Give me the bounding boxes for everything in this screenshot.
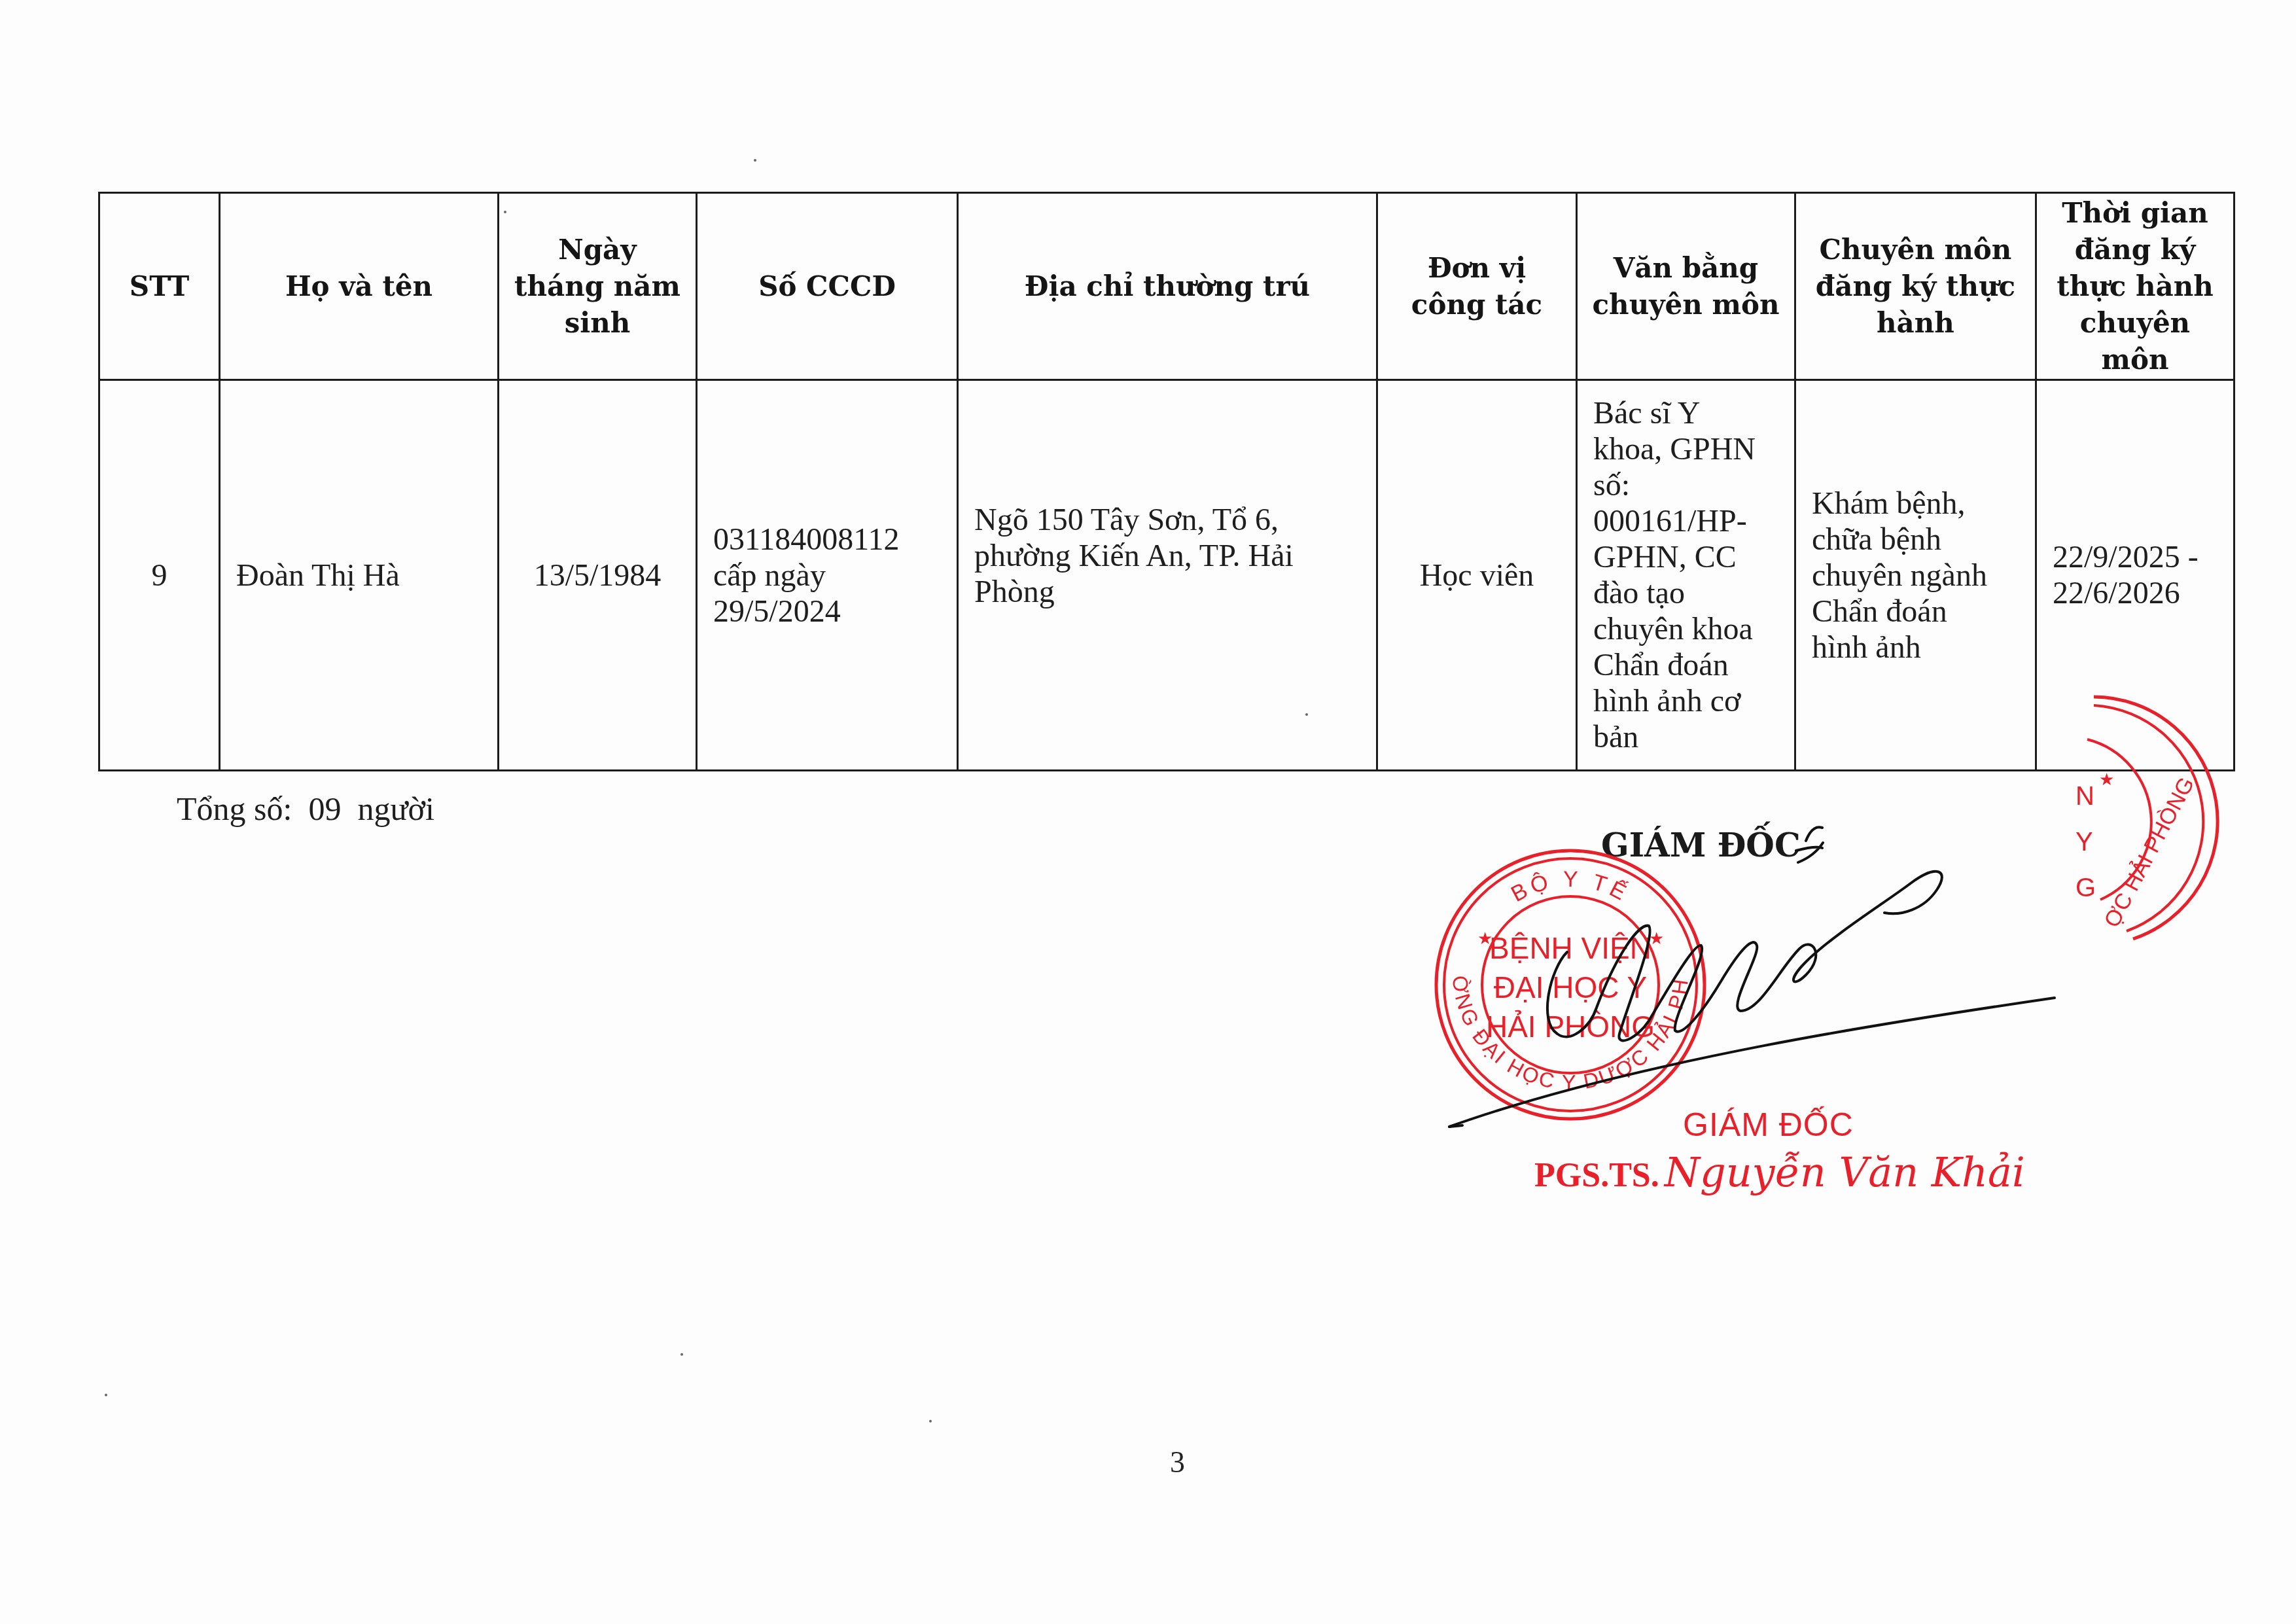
signature-title: GIÁM ĐỐC (1601, 826, 1801, 864)
official-seal-icon: BỘ Y TẾ TRƯỜNG ĐẠI HỌC Y DƯỢC HẢI PHÒNG … (1426, 841, 1714, 1129)
cell-id-number: 031184008112 cấp ngày 29/5/2024 (697, 380, 958, 771)
header-stt: STT (99, 193, 220, 380)
table-header-row: STT Họ và tên Ngày tháng năm sinh Số CCC… (99, 193, 2234, 380)
signer-name: PGS.TS.Nguyễn Văn Khải (1534, 1148, 2025, 1196)
svg-text:Y: Y (2075, 828, 2093, 856)
header-dob-text: Ngày tháng năm sinh (514, 234, 680, 339)
header-work-unit: Đơn vị công tác (1377, 193, 1577, 380)
scan-speck (929, 1420, 932, 1422)
cell-work-unit: Học viên (1377, 380, 1577, 771)
scan-speck (680, 1353, 683, 1356)
id-issued-date: 29/5/2024 (713, 593, 950, 629)
total-unit: người (357, 790, 434, 827)
signer-degree: PGS.TS. (1534, 1157, 1659, 1194)
header-qualification: Văn bằng chuyên môn (1577, 193, 1795, 380)
cell-address: Ngõ 150 Tây Sơn, Tổ 6, phường Kiến An, T… (958, 380, 1377, 771)
svg-text:ĐẠI HỌC Y: ĐẠI HỌC Y (1494, 970, 1647, 1004)
svg-text:BỆNH VIỆN: BỆNH VIỆN (1489, 931, 1651, 965)
header-full-name: Họ và tên (220, 193, 499, 380)
total-label: Tổng số: (177, 790, 292, 827)
signer-full-name: Nguyễn Văn Khải (1665, 1148, 2025, 1196)
table-row: 9 Đoàn Thị Hà 13/5/1984 031184008112 cấp… (99, 380, 2234, 771)
cell-date-of-birth: 13/5/1984 (499, 380, 697, 771)
scan-speck (1305, 713, 1308, 716)
header-practice-period: Thời gian đăng ký thực hành chuyên môn (2036, 193, 2234, 380)
header-address: Địa chỉ thường trú (958, 193, 1377, 380)
scan-speck (754, 159, 756, 162)
page-number: 3 (1170, 1445, 1185, 1479)
svg-text:★: ★ (2099, 770, 2114, 790)
header-specialty-text: Chuyên môn đăng ký thực hành (1816, 234, 2015, 339)
header-practice-specialty: Chuyên môn đăng ký thực hành (1795, 193, 2036, 380)
cell-practice-specialty: Khám bệnh, chữa bệnh chuyên ngành Chẩn đ… (1795, 380, 2036, 771)
header-work-unit-text: Đơn vị công tác (1411, 252, 1542, 321)
header-id-number: Số CCCD (697, 193, 958, 380)
svg-text:BỘ Y TẾ: BỘ Y TẾ (1507, 867, 1633, 907)
scan-speck (105, 1394, 107, 1396)
header-qualification-text: Văn bằng chuyên môn (1593, 252, 1780, 321)
svg-text:N: N (2075, 782, 2094, 811)
scan-speck (504, 211, 506, 213)
svg-text:TRƯỜNG ĐẠI HỌC Y DƯỢC HẢI PHÒN: TRƯỜNG ĐẠI HỌC Y DƯỢC HẢI PHÒNG (1426, 841, 1693, 1094)
document-page: STT Họ và tên Ngày tháng năm sinh Số CCC… (0, 0, 2296, 1624)
stamp-title: GIÁM ĐỐC (1683, 1106, 1854, 1144)
total-value: 09 (308, 790, 341, 827)
total-count: Tổng số: 09 người (177, 790, 434, 828)
header-period-text: Thời gian đăng ký thực hành chuyên môn (2057, 197, 2214, 376)
svg-text:HẢI PHÒNG: HẢI PHÒNG (1486, 1010, 1655, 1044)
cell-qualification: Bác sĩ Y khoa, GPHN số: 000161/HP-GPHN, … (1577, 380, 1795, 771)
address-text: Ngõ 150 Tây Sơn, Tổ 6, phường Kiến An, T… (974, 503, 1294, 609)
registration-table: STT Họ và tên Ngày tháng năm sinh Số CCC… (98, 192, 2235, 771)
cell-stt: 9 (99, 380, 220, 771)
svg-text:ỢC HẢI PHÒNG: ỢC HẢI PHÒNG (2100, 773, 2200, 932)
header-date-of-birth: Ngày tháng năm sinh (499, 193, 697, 380)
svg-text:★: ★ (1649, 929, 1664, 949)
svg-text:★: ★ (1477, 929, 1492, 949)
cell-practice-period: 22/9/2025 - 22/6/2026 (2036, 380, 2234, 771)
cell-full-name: Đoàn Thị Hà (220, 380, 499, 771)
id-number: 031184008112 (713, 521, 950, 557)
svg-text:G: G (2075, 874, 2096, 902)
id-issued-label: cấp ngày (713, 557, 950, 593)
